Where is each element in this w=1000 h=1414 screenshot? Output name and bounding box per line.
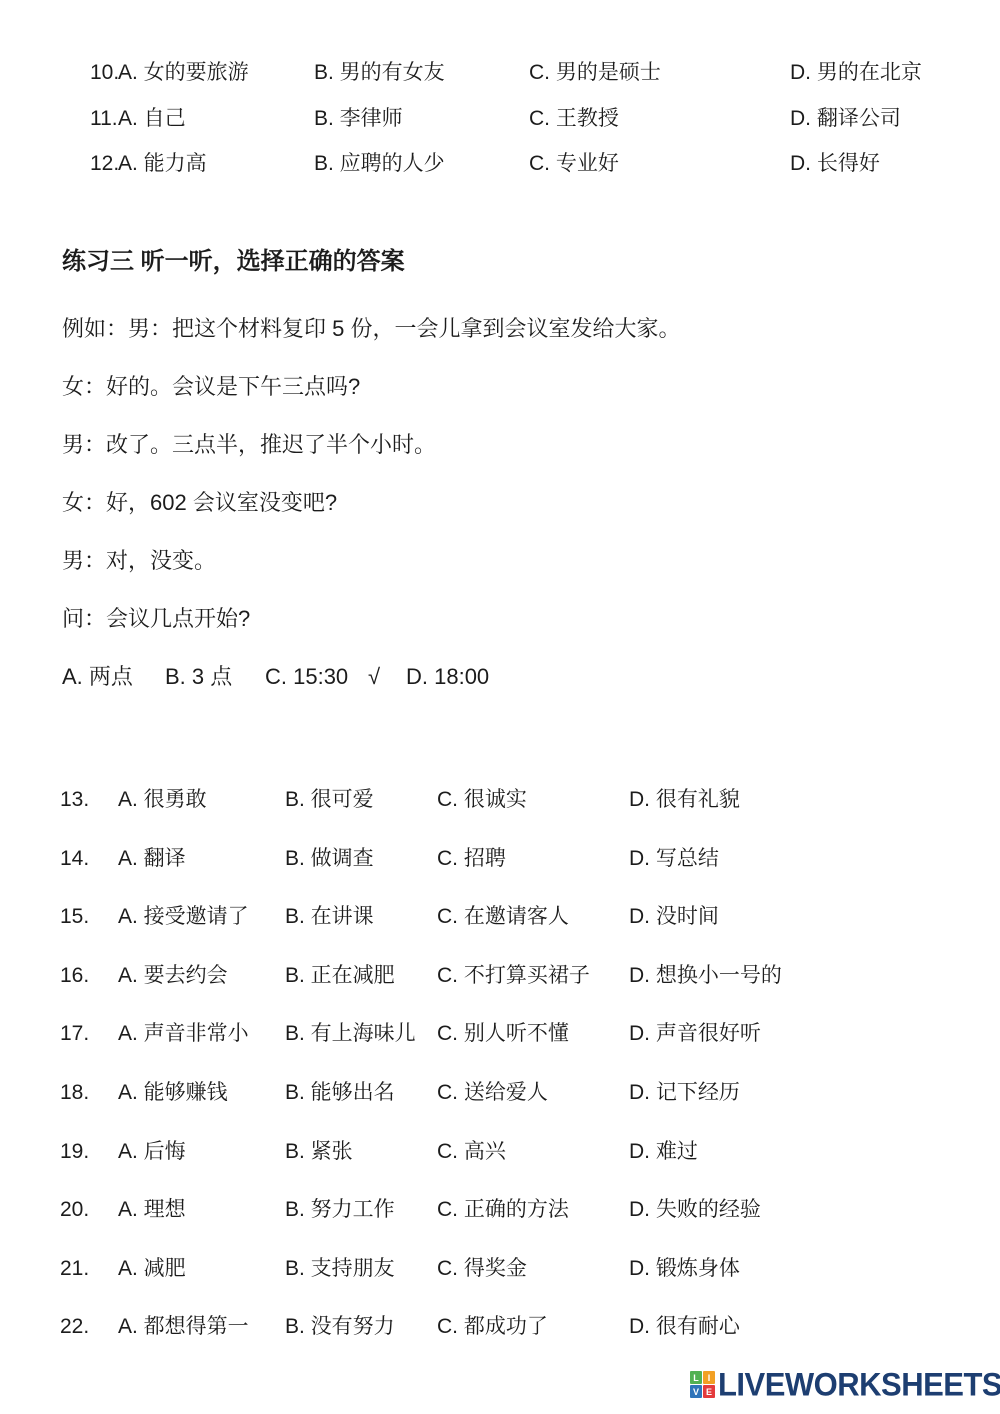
question-number: 21. (60, 1255, 118, 1314)
option-a: A. 理想 (118, 1196, 285, 1255)
logo-square-e: E (703, 1385, 715, 1398)
question-number: 10. (90, 60, 118, 106)
option-b: B. 在讲课 (285, 903, 437, 962)
question-row: 18.A. 能够赚钱B. 能够出名C. 送给爱人D. 记下经历 (60, 1079, 782, 1138)
option-b: B. 能够出名 (285, 1079, 437, 1138)
option-c: C. 不打算买裙子 (437, 962, 629, 1021)
option-c: C. 在邀请客人 (437, 903, 629, 962)
question-number: 11. (90, 106, 118, 152)
question-row: 13.A. 很勇敢B. 很可爱C. 很诚实D. 很有礼貌 (60, 786, 782, 845)
option-b: B. 做调查 (285, 845, 437, 904)
example-option-a: A. 两点 (62, 664, 165, 690)
option-b: B. 很可爱 (285, 786, 437, 845)
dialogue-line: 男：对，没变。 (62, 548, 680, 574)
option-d: D. 难过 (629, 1138, 782, 1197)
question-number: 20. (60, 1196, 118, 1255)
option-a: A. 翻译 (118, 845, 285, 904)
question-row: 21.A. 减肥B. 支持朋友C. 得奖金D. 锻炼身体 (60, 1255, 782, 1314)
question-row: 10.A. 女的要旅游B. 男的有女友C. 男的是硕士D. 男的在北京 (90, 60, 922, 106)
question-row: 16.A. 要去约会B. 正在减肥C. 不打算买裙子D. 想换小一号的 (60, 962, 782, 1021)
option-c: C. 得奖金 (437, 1255, 629, 1314)
option-d: D. 长得好 (790, 151, 922, 197)
dialogue-line: 男：改了。三点半，推迟了半个小时。 (62, 432, 680, 458)
liveworksheets-logo-icon: LIVE (690, 1371, 715, 1398)
option-a: A. 很勇敢 (118, 786, 285, 845)
option-d: D. 记下经历 (629, 1079, 782, 1138)
option-c: C. 都成功了 (437, 1313, 629, 1372)
example-option-b: B. 3 点 (165, 664, 265, 690)
option-a: A. 自己 (118, 106, 314, 152)
option-b: B. 应聘的人少 (314, 151, 529, 197)
question-number: 14. (60, 845, 118, 904)
option-c: C. 送给爱人 (437, 1079, 629, 1138)
logo-square-i: I (703, 1371, 715, 1384)
option-a: A. 能力高 (118, 151, 314, 197)
option-b: B. 正在减肥 (285, 962, 437, 1021)
question-number: 12. (90, 151, 118, 197)
question-number: 22. (60, 1313, 118, 1372)
option-a: A. 都想得第一 (118, 1313, 285, 1372)
option-b: B. 没有努力 (285, 1313, 437, 1372)
dialogue-line: 例如：男：把这个材料复印 5 份，一会儿拿到会议室发给大家。 (62, 316, 680, 342)
question-row: 20.A. 理想B. 努力工作C. 正确的方法D. 失败的经验 (60, 1196, 782, 1255)
option-d: D. 想换小一号的 (629, 962, 782, 1021)
checkmark-icon: √ (368, 664, 406, 690)
brand-text: LIVEWORKSHEETS (718, 1368, 1000, 1401)
option-c: C. 招聘 (437, 845, 629, 904)
option-c: C. 别人听不懂 (437, 1020, 629, 1079)
option-d: D. 锻炼身体 (629, 1255, 782, 1314)
option-a: A. 减肥 (118, 1255, 285, 1314)
question-row: 12.A. 能力高B. 应聘的人少C. 专业好D. 长得好 (90, 151, 922, 197)
questions-main-block: 13.A. 很勇敢B. 很可爱C. 很诚实D. 很有礼貌14.A. 翻译B. 做… (60, 786, 782, 1372)
option-b: B. 努力工作 (285, 1196, 437, 1255)
option-c: C. 专业好 (529, 151, 790, 197)
question-number: 18. (60, 1079, 118, 1138)
option-a: A. 后悔 (118, 1138, 285, 1197)
option-a: A. 女的要旅游 (118, 60, 314, 106)
option-c: C. 王教授 (529, 106, 790, 152)
option-b: B. 有上海味儿 (285, 1020, 437, 1079)
dialogue-line: 女：好，602 会议室没变吧? (62, 490, 680, 516)
question-row: 19.A. 后悔B. 紧张C. 高兴D. 难过 (60, 1138, 782, 1197)
option-a: A. 声音非常小 (118, 1020, 285, 1079)
question-row: 22.A. 都想得第一B. 没有努力C. 都成功了D. 很有耐心 (60, 1313, 782, 1372)
option-d: D. 失败的经验 (629, 1196, 782, 1255)
logo-square-l: L (690, 1371, 702, 1384)
option-b: B. 李律师 (314, 106, 529, 152)
liveworksheets-logo[interactable]: LIVE LIVEWORKSHEETS (690, 1369, 1000, 1400)
questions-top-block: 10.A. 女的要旅游B. 男的有女友C. 男的是硕士D. 男的在北京11.A.… (90, 60, 922, 197)
example-option-d: D. 18:00 (406, 664, 489, 690)
question-row: 14.A. 翻译B. 做调查C. 招聘D. 写总结 (60, 845, 782, 904)
example-answers-row: A. 两点 B. 3 点 C. 15:30 √ D. 18:00 (62, 664, 489, 690)
section-heading: 练习三 听一听，选择正确的答案 (62, 248, 405, 276)
question-number: 19. (60, 1138, 118, 1197)
dialogue-line: 问：会议几点开始? (62, 606, 680, 632)
example-option-c: C. 15:30 (265, 664, 368, 690)
question-number: 15. (60, 903, 118, 962)
question-number: 13. (60, 786, 118, 845)
option-d: D. 男的在北京 (790, 60, 922, 106)
option-d: D. 没时间 (629, 903, 782, 962)
example-dialogue: 例如：男：把这个材料复印 5 份，一会儿拿到会议室发给大家。女：好的。会议是下午… (62, 316, 680, 664)
option-d: D. 翻译公司 (790, 106, 922, 152)
question-row: 11.A. 自己B. 李律师C. 王教授D. 翻译公司 (90, 106, 922, 152)
option-d: D. 很有礼貌 (629, 786, 782, 845)
option-b: B. 紧张 (285, 1138, 437, 1197)
question-number: 17. (60, 1020, 118, 1079)
option-a: A. 接受邀请了 (118, 903, 285, 962)
question-number: 16. (60, 962, 118, 1021)
option-c: C. 高兴 (437, 1138, 629, 1197)
option-d: D. 写总结 (629, 845, 782, 904)
dialogue-line: 女：好的。会议是下午三点吗? (62, 374, 680, 400)
option-b: B. 男的有女友 (314, 60, 529, 106)
option-c: C. 很诚实 (437, 786, 629, 845)
option-d: D. 很有耐心 (629, 1313, 782, 1372)
option-a: A. 能够赚钱 (118, 1079, 285, 1138)
option-c: C. 正确的方法 (437, 1196, 629, 1255)
question-row: 15.A. 接受邀请了B. 在讲课C. 在邀请客人D. 没时间 (60, 903, 782, 962)
option-d: D. 声音很好听 (629, 1020, 782, 1079)
option-a: A. 要去约会 (118, 962, 285, 1021)
logo-square-v: V (690, 1385, 702, 1398)
question-row: 17.A. 声音非常小B. 有上海味儿C. 别人听不懂D. 声音很好听 (60, 1020, 782, 1079)
option-b: B. 支持朋友 (285, 1255, 437, 1314)
option-c: C. 男的是硕士 (529, 60, 790, 106)
